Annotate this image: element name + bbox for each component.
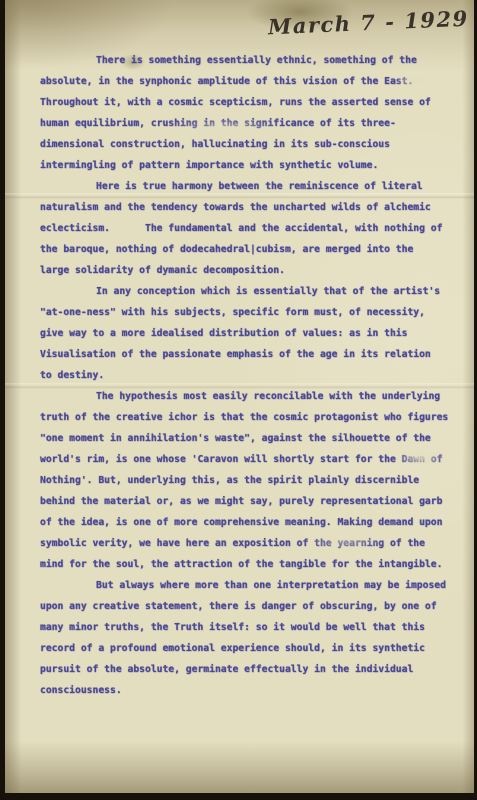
typed-line: intermingling of pattern importance with… — [40, 155, 465, 176]
typed-line: consciousness. — [40, 680, 465, 701]
typed-line: eclecticism. The fundamental and the acc… — [40, 218, 465, 239]
typed-line: Nothing'. But, underlying this, as the s… — [40, 470, 465, 491]
typed-line: Throughout it, with a cosmic scepticism,… — [40, 92, 465, 113]
typed-line: "one moment in annihilation's waste", ag… — [40, 428, 465, 449]
typed-line: absolute, in the synphonic amplitude of … — [40, 71, 465, 92]
typed-line: The hypothesis most easily reconcilable … — [40, 386, 465, 407]
typed-line: Here is true harmony between the reminis… — [40, 176, 465, 197]
typed-line: "at-one-ness" with his subjects, specifi… — [40, 302, 465, 323]
typed-line: world's rim, is one whose 'Caravon will … — [40, 449, 465, 470]
typed-line: naturalism and the tendency towards the … — [40, 197, 465, 218]
typed-text: There is something essentially ethnic, s… — [40, 50, 465, 701]
typed-line: Visualisation of the passionate emphasis… — [40, 344, 465, 365]
typed-line: In any conception which is essentially t… — [40, 281, 465, 302]
typed-line: of the idea, is one of more comprehensiv… — [40, 512, 465, 533]
typed-line: pursuit of the absolute, germinate effec… — [40, 659, 465, 680]
scan-background: March 7 - 1929 There is something essent… — [0, 0, 477, 800]
typed-line: symbolic verity, we have here an exposit… — [40, 533, 465, 554]
typed-line: the baroque, nothing of dodecahedral|cub… — [40, 239, 465, 260]
typed-line: many minor truths, the Truth itself: so … — [40, 617, 465, 638]
typed-line: record of a profound emotional experienc… — [40, 638, 465, 659]
typed-line: mind for the soul, the attraction of the… — [40, 554, 465, 575]
typed-line: There is something essentially ethnic, s… — [40, 50, 465, 71]
typed-line: dimensional construction, hallucinating … — [40, 134, 465, 155]
typed-line: human equilibrium, crushing in the signi… — [40, 113, 465, 134]
typed-line: truth of the creative ichor is that the … — [40, 407, 465, 428]
typed-line: But always where more than one interpret… — [40, 575, 465, 596]
typed-line: upon any creative statement, there is da… — [40, 596, 465, 617]
typed-line: give way to a more idealised distributio… — [40, 323, 465, 344]
typed-line: behind the material or, as we might say,… — [40, 491, 465, 512]
typed-line: large solidarity of dymanic decompositio… — [40, 260, 465, 281]
typed-line: to destiny. — [40, 365, 465, 386]
